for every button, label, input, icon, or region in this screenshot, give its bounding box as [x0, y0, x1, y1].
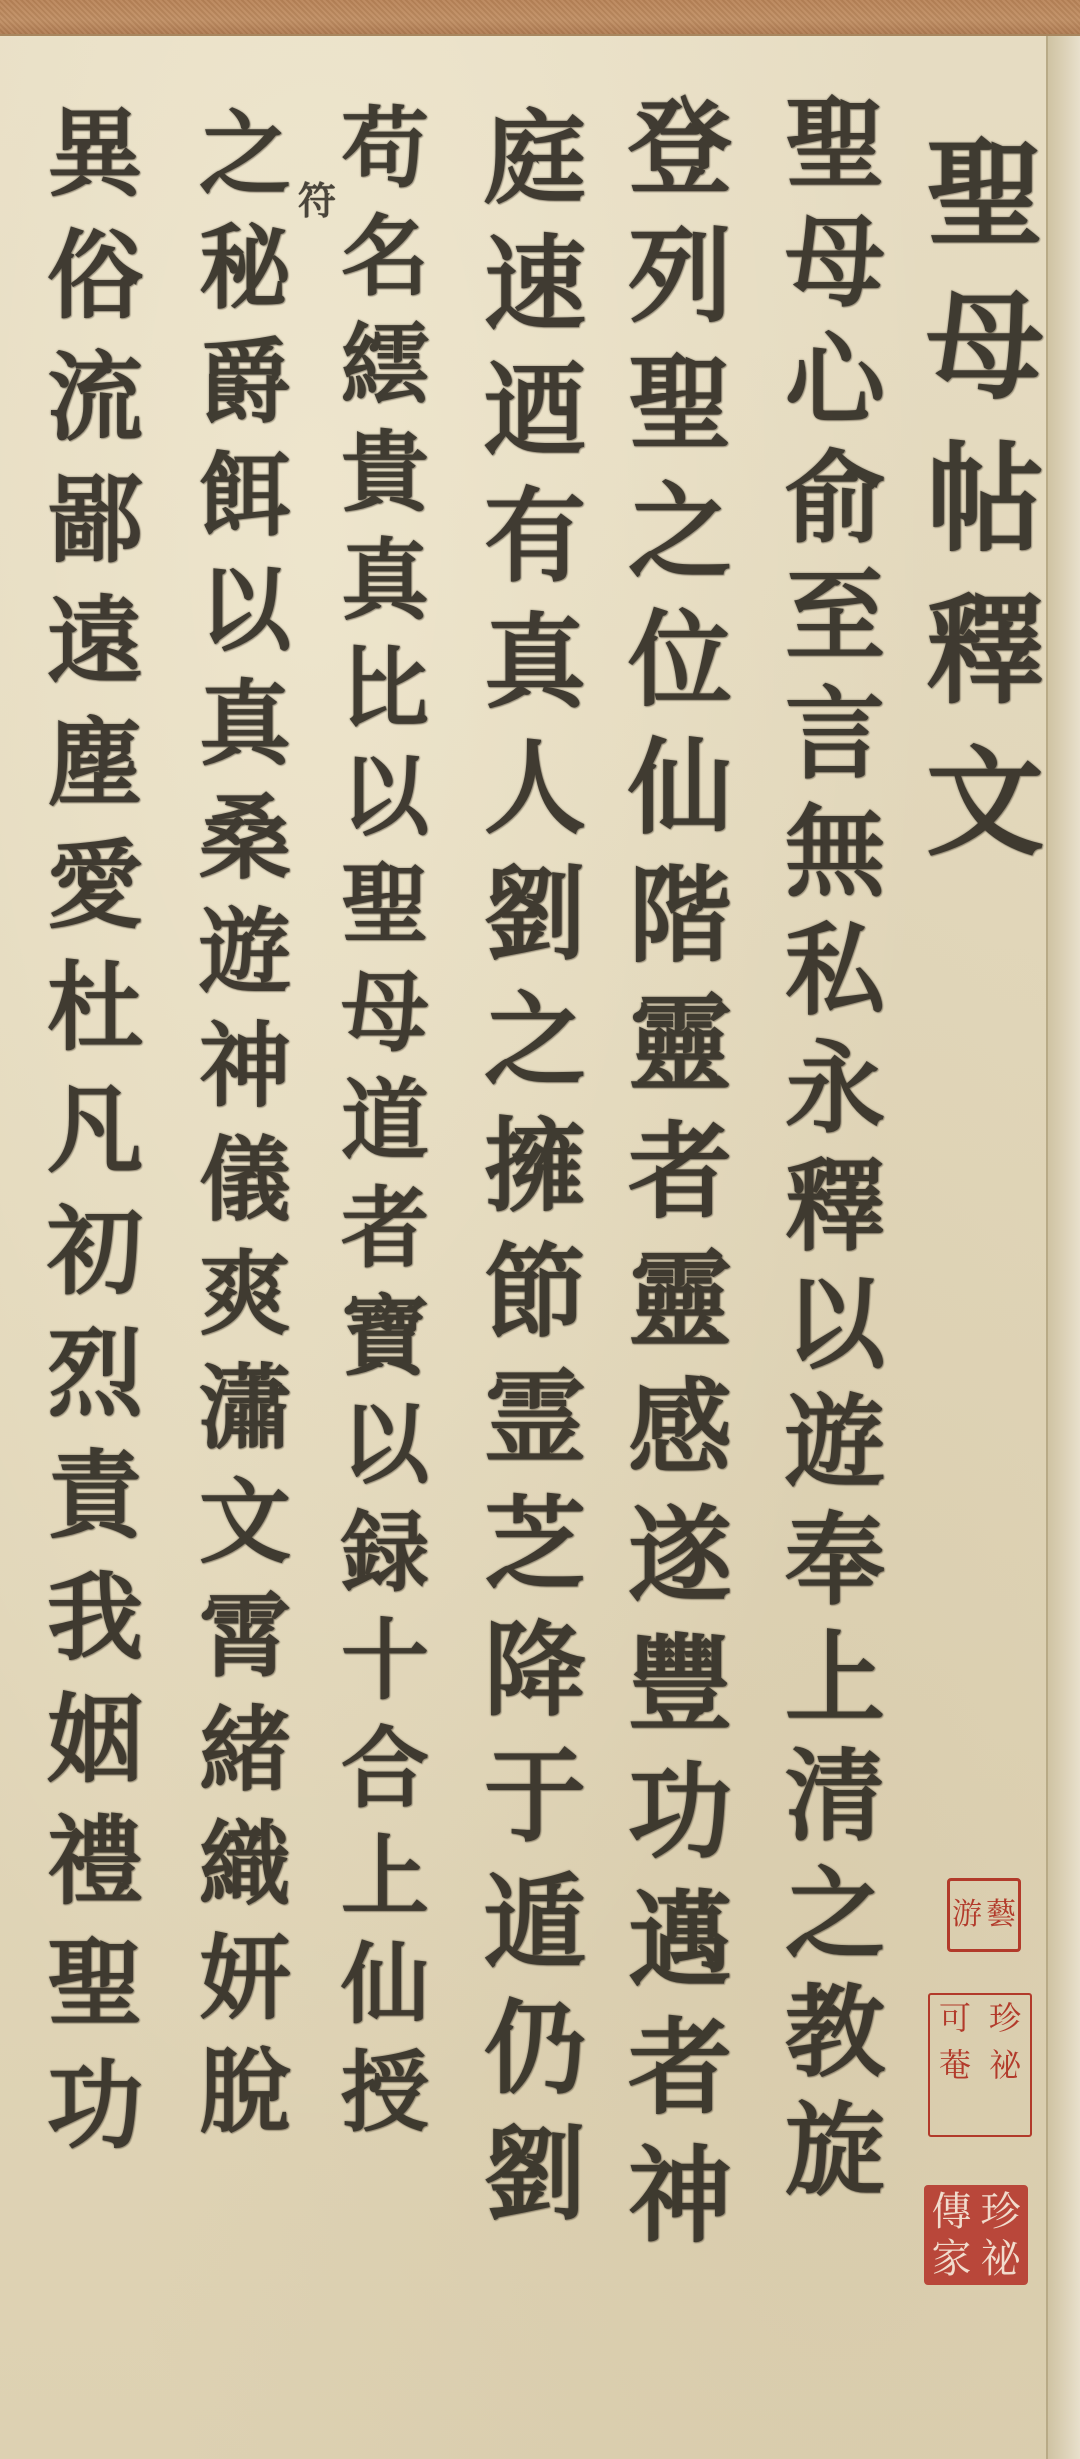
calligraphy-character: 邁 [615, 1888, 745, 1992]
calligraphy-character: 我 [30, 1570, 160, 1666]
calligraphy-character: 功 [30, 2058, 160, 2154]
calligraphy-character: 遊 [770, 1392, 900, 1492]
calligraphy-character: 神 [615, 2144, 745, 2248]
title-character: 釋 [920, 592, 1050, 710]
calligraphy-character: 塵 [30, 716, 160, 812]
calligraphy-character: 遂 [615, 1504, 745, 1608]
title-character: 文 [920, 744, 1050, 862]
calligraphy-character: 降 [470, 1620, 600, 1722]
calligraphy-character: 者 [320, 1184, 450, 1272]
calligraphy-character: 真 [470, 612, 600, 714]
margin-annotation: 符 [298, 170, 336, 225]
calligraphy-character: 妍 [180, 1932, 310, 2024]
calligraphy-character: 速 [470, 234, 600, 336]
calligraphy-character: 烈 [30, 1326, 160, 1422]
calligraphy-character: 釋 [770, 1156, 900, 1256]
calligraphy-character: 遠 [30, 594, 160, 690]
calligraphy-character: 豐 [615, 1632, 745, 1736]
calligraphy-character: 初 [30, 1204, 160, 1300]
title-character: 聖 [920, 136, 1050, 254]
calligraphy-character: 愛 [30, 838, 160, 934]
calligraphy-character: 以 [320, 752, 450, 840]
collector-seal: 可珍菴祕 [928, 1993, 1032, 2137]
calligraphy-character: 名 [320, 212, 450, 300]
calligraphy-character: 儀 [180, 1134, 310, 1226]
calligraphy-character: 杜 [30, 960, 160, 1056]
calligraphy-character: 聖 [770, 94, 900, 194]
calligraphy-character: 感 [615, 1376, 745, 1480]
calligraphy-character: 至 [770, 566, 900, 666]
calligraphy-character: 節 [470, 1242, 600, 1344]
calligraphy-character: 瀟 [180, 1362, 310, 1454]
calligraphy-character: 桑 [180, 792, 310, 884]
seal-character: 祕 [976, 2235, 1025, 2282]
calligraphy-character: 道 [320, 1076, 450, 1164]
calligraphy-character: 十 [320, 1616, 450, 1704]
calligraphy-character: 聖 [615, 352, 745, 456]
calligraphy-character: 聖 [320, 860, 450, 948]
calligraphy-character: 禮 [30, 1814, 160, 1910]
seal-character: 珍 [980, 1995, 1030, 2042]
paper-right-edge [1046, 36, 1080, 2459]
calligraphy-character: 餌 [180, 450, 310, 542]
calligraphy-character: 階 [615, 864, 745, 968]
seal-character [980, 2088, 1030, 2135]
calligraphy-character: 上 [320, 1832, 450, 1920]
calligraphy-character: 授 [320, 2048, 450, 2136]
calligraphy-character: 凡 [30, 1082, 160, 1178]
calligraphy-character: 之 [180, 108, 310, 200]
calligraphy-character: 鄙 [30, 472, 160, 568]
calligraphy-character: 責 [30, 1448, 160, 1544]
seal-character: 家 [927, 2235, 976, 2282]
collector-seal: 游藝 [947, 1878, 1021, 1952]
calligraphy-character: 仍 [470, 1998, 600, 2100]
calligraphy-character: 位 [615, 608, 745, 712]
calligraphy-character: 秘 [180, 222, 310, 314]
calligraphy-character: 永 [770, 1038, 900, 1138]
seal-character: 藝 [984, 1881, 1018, 1949]
calligraphy-character: 爽 [180, 1248, 310, 1340]
text-column: 之秘爵餌以真桑遊神儀爽瀟文霄緒織妍脫 [180, 108, 310, 2160]
calligraphy-character: 真 [320, 536, 450, 624]
calligraphy-character: 于 [470, 1746, 600, 1848]
calligraphy-character: 之 [615, 480, 745, 584]
calligraphy-character: 庭 [470, 108, 600, 210]
calligraphy-character: 靈 [615, 1248, 745, 1352]
calligraphy-character: 有 [470, 486, 600, 588]
calligraphy-character: 霄 [180, 1590, 310, 1682]
calligraphy-character: 旋 [770, 2100, 900, 2200]
seal-character: 菴 [930, 2042, 980, 2089]
calligraphy-character: 織 [180, 1818, 310, 1910]
silk-mounting-strip [0, 0, 1080, 36]
seal-character [930, 2088, 980, 2135]
calligraphy-character: 合 [320, 1724, 450, 1812]
text-column: 登列聖之位仙階靈者靈感遂豐功邁者神 [615, 96, 745, 2272]
calligraphy-character: 功 [615, 1760, 745, 1864]
calligraphy-character: 流 [30, 350, 160, 446]
calligraphy-character: 擁 [470, 1116, 600, 1218]
calligraphy-character: 母 [320, 968, 450, 1056]
calligraphy-character: 真 [180, 678, 310, 770]
calligraphy-character: 脫 [180, 2046, 310, 2138]
calligraphy-character: 芝 [470, 1494, 600, 1596]
calligraphy-character: 文 [180, 1476, 310, 1568]
seal-character: 可 [930, 1995, 980, 2042]
calligraphy-character: 比 [320, 644, 450, 732]
text-column: 聖母心俞至言無私永釋以遊奉上清之教旋 [770, 94, 900, 2218]
calligraphy-character: 母 [770, 212, 900, 312]
calligraphy-character: 録 [320, 1508, 450, 1596]
calligraphy-character: 霊 [470, 1368, 600, 1470]
calligraphy-character: 心 [770, 330, 900, 430]
text-column: 苟名繧貴真比以聖母道者寶以録十合上仙授 [320, 104, 450, 2156]
calligraphy-character: 貴 [320, 428, 450, 516]
text-column: 庭速迺有真人劉之擁節霊芝降于遁仍劉 [470, 108, 600, 2250]
calligraphy-character: 上 [770, 1628, 900, 1728]
calligraphy-character: 之 [770, 1864, 900, 1964]
calligraphy-character: 緒 [180, 1704, 310, 1796]
calligraphy-character: 清 [770, 1746, 900, 1846]
calligraphy-character: 以 [770, 1274, 900, 1374]
calligraphy-character: 俞 [770, 448, 900, 548]
calligraphy-character: 仙 [320, 1940, 450, 2028]
calligraphy-character: 神 [180, 1020, 310, 1112]
calligraphy-character: 人 [470, 738, 600, 840]
calligraphy-character: 劉 [470, 2124, 600, 2226]
calligraphy-character: 繧 [320, 320, 450, 408]
calligraphy-character: 列 [615, 224, 745, 328]
calligraphy-character: 者 [615, 2016, 745, 2120]
calligraphy-character: 以 [180, 564, 310, 656]
calligraphy-character: 者 [615, 1120, 745, 1224]
calligraphy-character: 遊 [180, 906, 310, 998]
calligraphy-character: 遁 [470, 1872, 600, 1974]
seal-character: 游 [950, 1881, 984, 1949]
title-character: 母 [920, 288, 1050, 406]
calligraphy-character: 仙 [615, 736, 745, 840]
calligraphy-character: 聖 [30, 1936, 160, 2032]
calligraphy-character: 登 [615, 96, 745, 200]
calligraphy-character: 靈 [615, 992, 745, 1096]
calligraphy-character: 以 [320, 1400, 450, 1488]
calligraphy-character: 私 [770, 920, 900, 1020]
calligraphy-character: 寶 [320, 1292, 450, 1380]
calligraphy-character: 劉 [470, 864, 600, 966]
calligraphy-character: 奉 [770, 1510, 900, 1610]
title-column: 聖母帖釋文 [920, 136, 1050, 896]
seal-character: 傳 [927, 2188, 976, 2235]
text-column: 異俗流鄙遠塵愛杜凡初烈責我姻禮聖功 [30, 106, 160, 2180]
calligraphy-character: 異 [30, 106, 160, 202]
seal-character: 珍 [976, 2188, 1025, 2235]
calligraphy-character: 言 [770, 684, 900, 784]
calligraphy-character: 爵 [180, 336, 310, 428]
calligraphy-character: 姻 [30, 1692, 160, 1788]
collector-seal: 傳珍家祕 [924, 2185, 1028, 2285]
calligraphy-character: 迺 [470, 360, 600, 462]
calligraphy-character: 無 [770, 802, 900, 902]
title-character: 帖 [920, 440, 1050, 558]
calligraphy-character: 苟 [320, 104, 450, 192]
calligraphy-character: 俗 [30, 228, 160, 324]
calligraphy-character: 教 [770, 1982, 900, 2082]
paper-sheet: 聖母帖釋文聖母心俞至言無私永釋以遊奉上清之教旋登列聖之位仙階靈者靈感遂豐功邁者神… [0, 36, 1048, 2459]
seal-character: 祕 [980, 2042, 1030, 2089]
calligraphy-character: 之 [470, 990, 600, 1092]
